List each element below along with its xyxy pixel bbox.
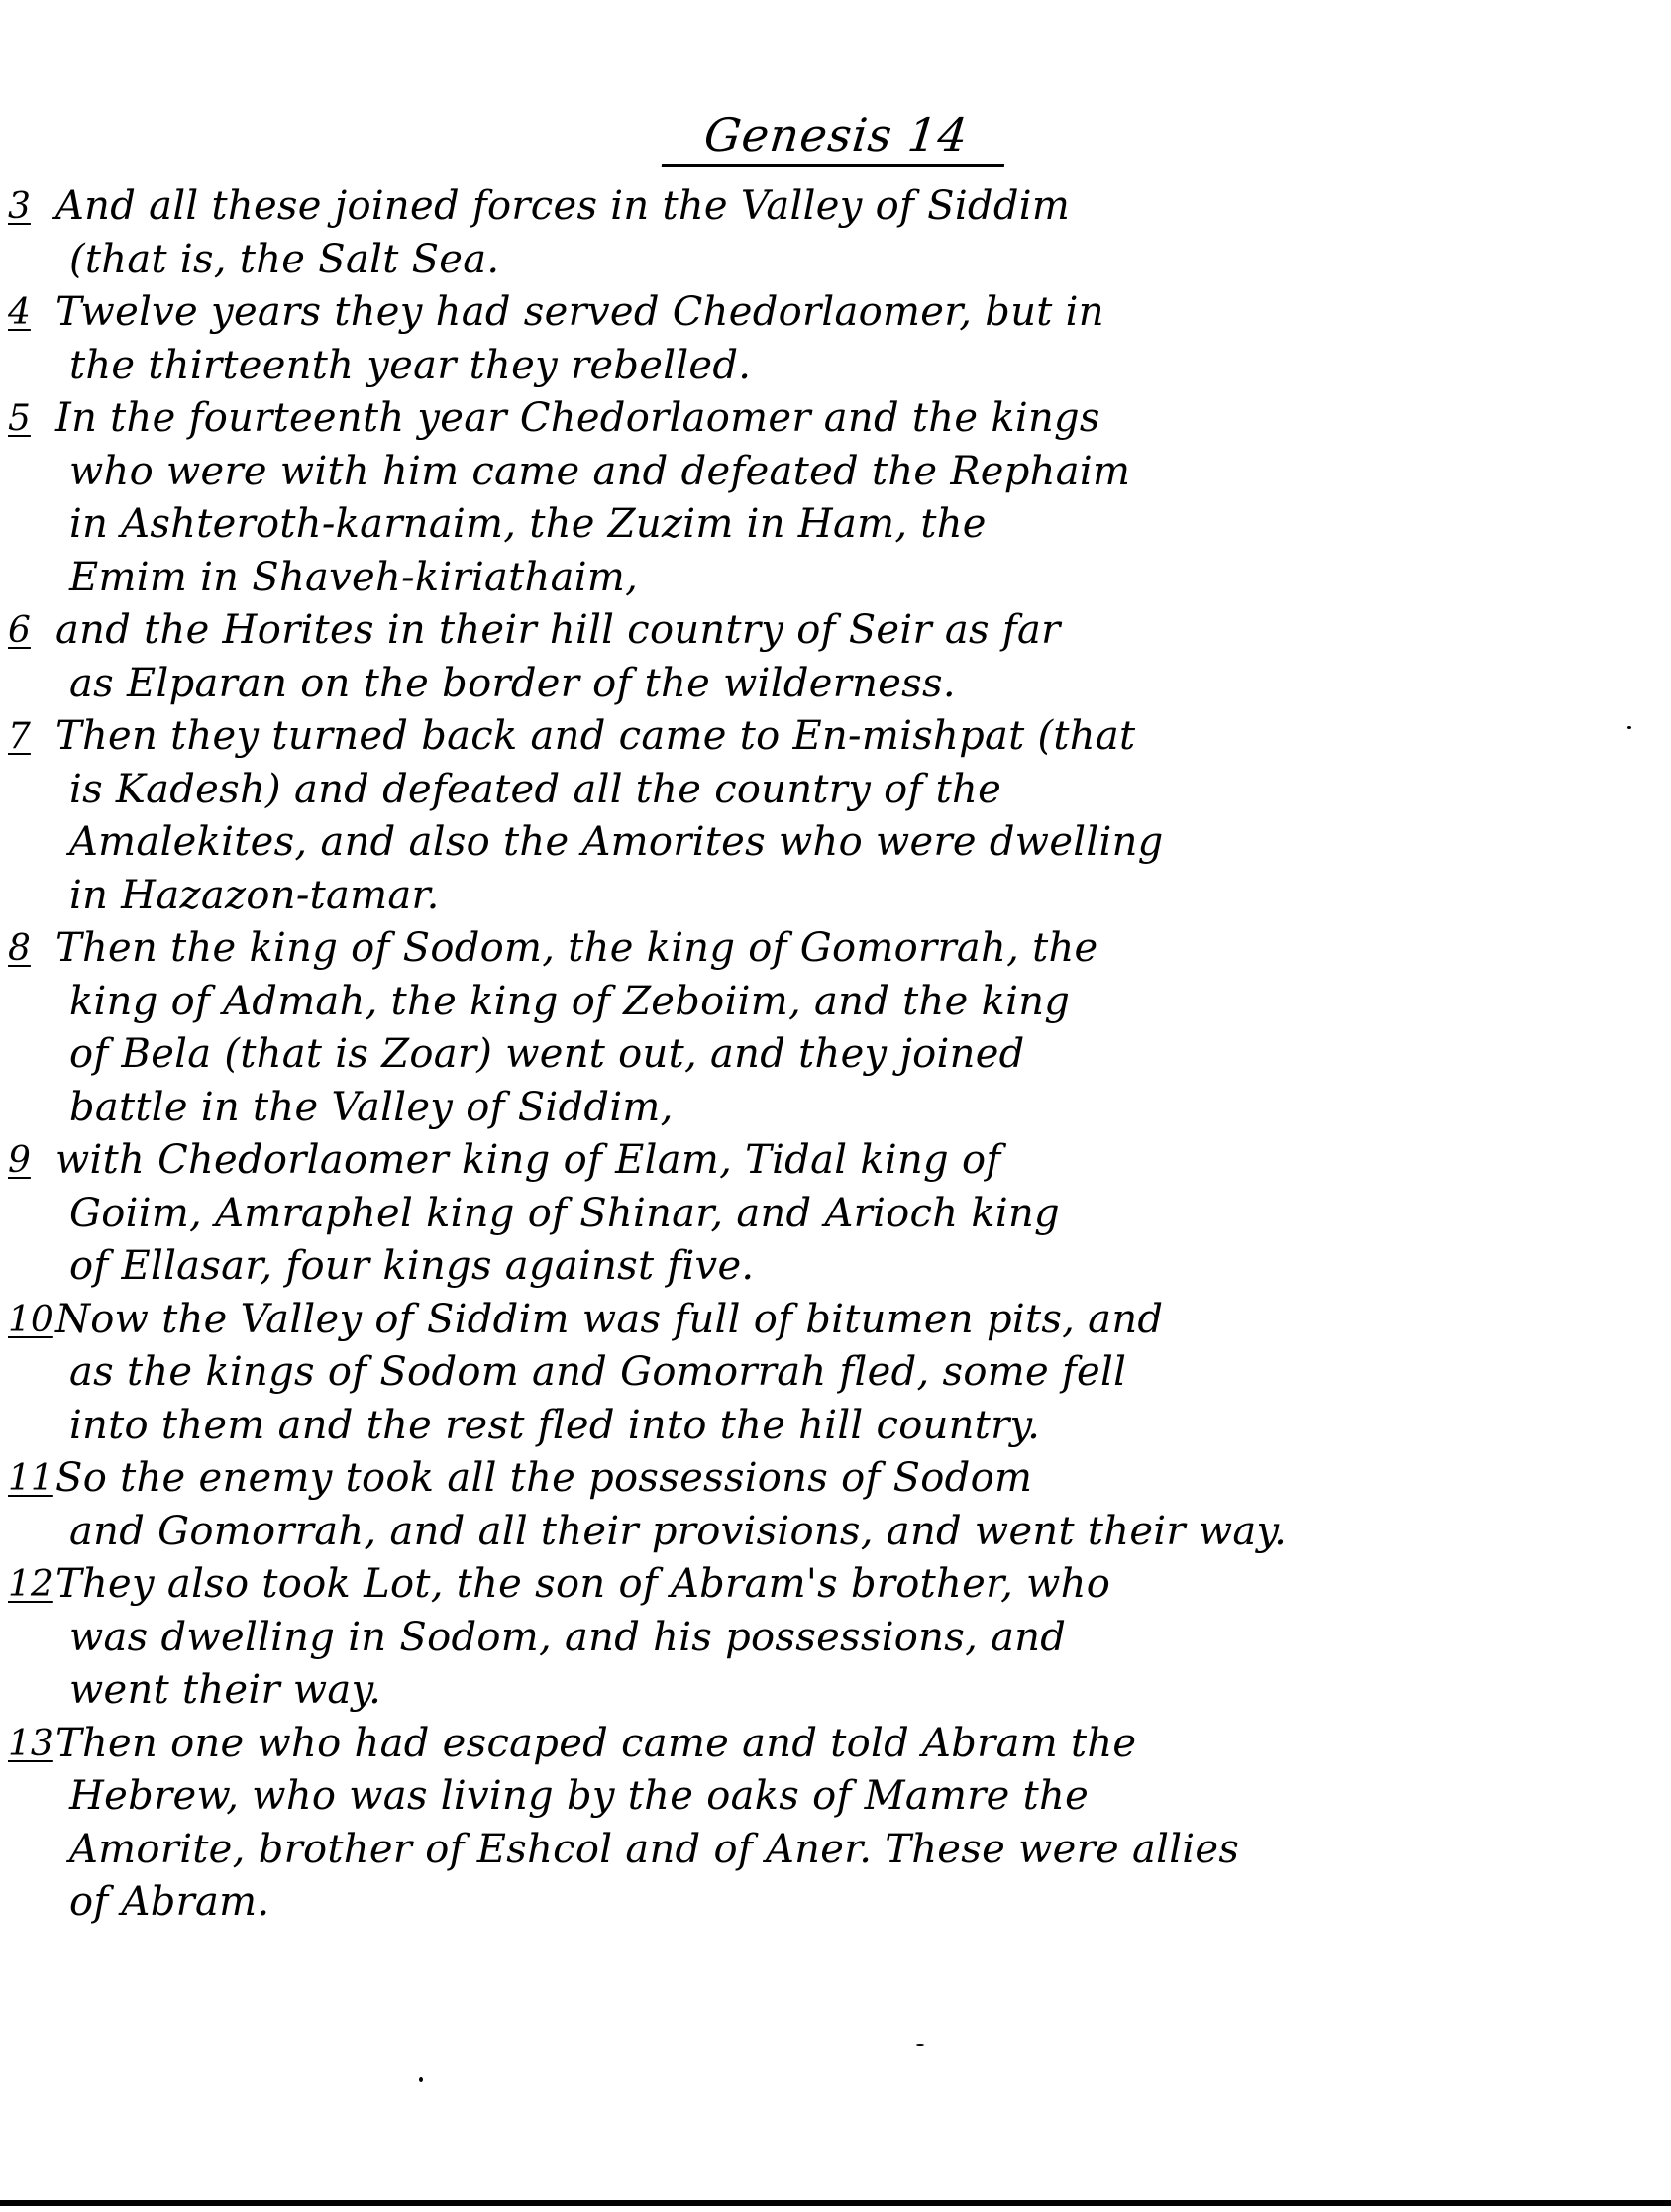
verse-line: of Ellasar, four kings against five. (55, 1240, 1632, 1294)
verse-line: So the enemy took all the possessions of… (55, 1452, 1632, 1506)
verse-line: in Ashteroth-karnaim, the Zuzim in Ham, … (55, 498, 1632, 552)
verse-line: Then one who had escaped came and told A… (55, 1718, 1632, 1771)
verse-number: 12 (8, 1558, 55, 1612)
verse-12: 12They also took Lot, the son of Abram's… (8, 1558, 1632, 1718)
verse-line: king of Admah, the king of Zeboiim, and … (55, 976, 1632, 1029)
verse-text: Then one who had escaped came and told A… (55, 1718, 1632, 1930)
verse-7: 7Then they turned back and came to En-mi… (8, 710, 1632, 922)
verse-text: They also took Lot, the son of Abram's b… (55, 1558, 1632, 1718)
verse-text: Now the Valley of Siddim was full of bit… (55, 1294, 1632, 1453)
verse-number: 13 (8, 1718, 55, 1771)
verse-line: as the kings of Sodom and Gomorrah fled,… (55, 1346, 1632, 1400)
verse-line: Amorite, brother of Eshcol and of Aner. … (55, 1824, 1632, 1877)
verse-line: of Abram. (55, 1876, 1632, 1930)
verse-text: with Chedorlaomer king of Elam, Tidal ki… (55, 1134, 1632, 1294)
verse-text: Then the king of Sodom, the king of Gomo… (55, 922, 1632, 1134)
verse-line: in Hazazon-tamar. (55, 870, 1632, 923)
page-title-text: Genesis 14 (661, 107, 1009, 167)
verse-text: And all these joined forces in the Valle… (55, 180, 1632, 286)
verse-line: Emim in Shaveh-kiriathaim, (55, 552, 1632, 605)
verse-line: Then they turned back and came to En-mis… (55, 710, 1632, 764)
verse-line: Now the Valley of Siddim was full of bit… (55, 1294, 1632, 1347)
verse-number: 5 (8, 392, 55, 446)
verse-text: So the enemy took all the possessions of… (55, 1452, 1632, 1558)
handwritten-page: Genesis 14 3And all these joined forces … (0, 0, 1671, 2212)
verse-number: 3 (8, 180, 55, 234)
page-title: Genesis 14 (0, 107, 1671, 167)
verse-text: Twelve years they had served Chedorlaome… (55, 286, 1632, 392)
verse-line: and the Horites in their hill country of… (55, 604, 1632, 658)
verse-text: In the fourteenth year Chedorlaomer and … (55, 392, 1632, 604)
verse-9: 9with Chedorlaomer king of Elam, Tidal k… (8, 1134, 1632, 1294)
scan-speck (1627, 726, 1631, 729)
verse-line: They also took Lot, the son of Abram's b… (55, 1558, 1632, 1612)
verse-line: Amalekites, and also the Amorites who we… (55, 816, 1632, 870)
verse-number: 4 (8, 286, 55, 340)
verse-line: with Chedorlaomer king of Elam, Tidal ki… (55, 1134, 1632, 1188)
verse-line: Goiim, Amraphel king of Shinar, and Ario… (55, 1188, 1632, 1241)
verse-line: Hebrew, who was living by the oaks of Ma… (55, 1770, 1632, 1824)
verse-list: 3And all these joined forces in the Vall… (8, 180, 1632, 1930)
verse-line: went their way. (55, 1664, 1632, 1718)
verse-13: 13Then one who had escaped came and told… (8, 1718, 1632, 1930)
verse-number: 7 (8, 710, 55, 764)
verse-line: into them and the rest fled into the hil… (55, 1400, 1632, 1453)
verse-line: and Gomorrah, and all their provisions, … (55, 1506, 1632, 1559)
scan-speck (916, 2044, 924, 2046)
verse-line: the thirteenth year they rebelled. (55, 340, 1632, 393)
page-bottom-edge (0, 2200, 1671, 2206)
verse-6: 6and the Horites in their hill country o… (8, 604, 1632, 710)
verse-line: In the fourteenth year Chedorlaomer and … (55, 392, 1632, 446)
verse-10: 10Now the Valley of Siddim was full of b… (8, 1294, 1632, 1453)
verse-number: 6 (8, 604, 55, 658)
verse-line: is Kadesh) and defeated all the country … (55, 764, 1632, 817)
verse-line: who were with him came and defeated the … (55, 446, 1632, 499)
verse-line: And all these joined forces in the Valle… (55, 180, 1632, 234)
verse-number: 10 (8, 1294, 55, 1347)
verse-line: as Elparan on the border of the wilderne… (55, 658, 1632, 711)
verse-text: Then they turned back and came to En-mis… (55, 710, 1632, 922)
verse-text: and the Horites in their hill country of… (55, 604, 1632, 710)
verse-3: 3And all these joined forces in the Vall… (8, 180, 1632, 286)
verse-number: 9 (8, 1134, 55, 1188)
verse-8: 8Then the king of Sodom, the king of Gom… (8, 922, 1632, 1134)
scan-speck (419, 2077, 423, 2082)
verse-line: Twelve years they had served Chedorlaome… (55, 286, 1632, 340)
verse-line: was dwelling in Sodom, and his possessio… (55, 1612, 1632, 1665)
verse-line: (that is, the Salt Sea. (55, 234, 1632, 287)
verse-4: 4Twelve years they had served Chedorlaom… (8, 286, 1632, 392)
verse-11: 11So the enemy took all the possessions … (8, 1452, 1632, 1558)
verse-number: 8 (8, 922, 55, 976)
verse-line: battle in the Valley of Siddim, (55, 1082, 1632, 1135)
verse-number: 11 (8, 1452, 55, 1506)
verse-line: Then the king of Sodom, the king of Gomo… (55, 922, 1632, 976)
verse-line: of Bela (that is Zoar) went out, and the… (55, 1028, 1632, 1082)
verse-5: 5In the fourteenth year Chedorlaomer and… (8, 392, 1632, 604)
